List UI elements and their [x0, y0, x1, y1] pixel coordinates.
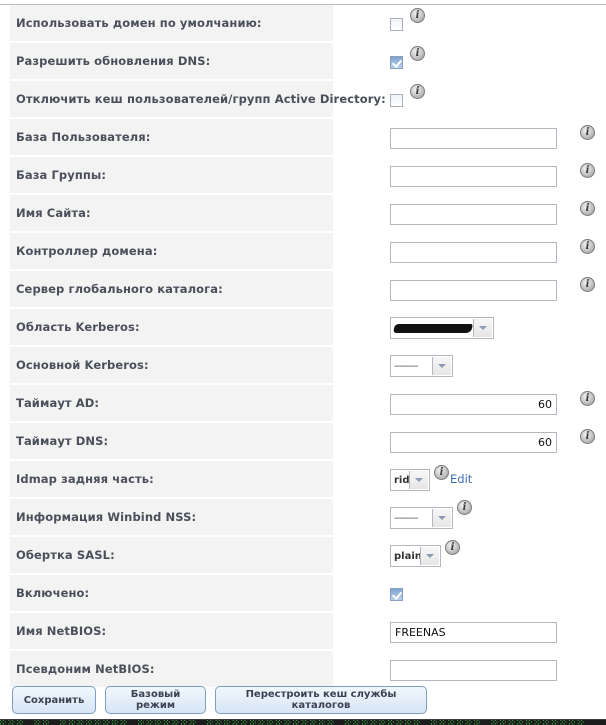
form-row: Информация Winbind NSS:---------i	[10, 499, 606, 535]
field-label: База Пользователя:	[16, 130, 150, 144]
field-control-cell	[390, 613, 606, 649]
form-row: Область Kerberos:	[10, 309, 606, 345]
field-control-cell: plaini	[390, 537, 606, 573]
field-label-cell: Основной Kerberos:	[10, 347, 333, 383]
field-control-cell: ---------i	[390, 499, 606, 535]
form-row: Таймаут AD:i	[10, 385, 606, 421]
info-icon[interactable]: i	[457, 500, 472, 515]
field-label: Использовать домен по умолчанию:	[16, 16, 262, 30]
info-icon[interactable]: i	[410, 84, 425, 99]
form-row: Имя Сайта:i	[10, 195, 606, 231]
form-actions: Сохранить Базовый режим Перестроить кеш …	[12, 686, 427, 714]
field-control-cell: ridiEdit	[390, 461, 606, 497]
field-control-cell: i	[390, 43, 606, 79]
info-icon[interactable]: i	[580, 239, 595, 254]
form-row: Основной Kerberos:---------	[10, 347, 606, 383]
form-row: Разрешить обновления DNS:i	[10, 43, 606, 79]
basic-mode-button[interactable]: Базовый режим	[105, 686, 206, 714]
chevron-down-icon[interactable]	[409, 471, 428, 489]
form-row: Включено:	[10, 575, 606, 611]
select-dropdown[interactable]: plain	[390, 545, 441, 567]
select-dropdown[interactable]	[390, 317, 494, 339]
field-label-cell: Имя Сайта:	[10, 195, 333, 231]
field-label: Idmap задняя часть:	[16, 472, 154, 486]
form-row: Idmap задняя часть:ridiEdit	[10, 461, 606, 497]
info-icon[interactable]: i	[434, 465, 449, 480]
text-input[interactable]	[390, 280, 557, 301]
field-control-cell: i	[390, 385, 606, 421]
field-control-cell	[390, 651, 606, 687]
form-row: Использовать домен по умолчанию:i	[10, 5, 606, 41]
form-row: Отключить кеш пользователей/групп Active…	[10, 81, 606, 117]
field-label: Таймаут DNS:	[16, 434, 108, 448]
console-log-text: ░░░ ░░ ░░░░░░░░ ░░░░░░░ ░░░░░░░░░░░░░░░ …	[0, 721, 606, 725]
info-icon[interactable]: i	[580, 163, 595, 178]
text-input[interactable]	[390, 622, 557, 643]
field-control-cell: i	[390, 5, 606, 41]
field-label-cell: База Группы:	[10, 157, 333, 193]
chevron-down-icon[interactable]	[473, 319, 492, 337]
field-control-cell: ---------	[390, 347, 606, 383]
field-label-cell: Информация Winbind NSS:	[10, 499, 333, 535]
field-control-cell: i	[390, 271, 606, 307]
form-row: База Группы:i	[10, 157, 606, 193]
field-label-cell: Имя NetBIOS:	[10, 613, 333, 649]
field-control-cell: i	[390, 233, 606, 269]
info-icon[interactable]: i	[580, 391, 595, 406]
field-label-cell: Контроллер домена:	[10, 233, 333, 269]
redacted-value	[393, 324, 473, 333]
number-input[interactable]	[390, 394, 557, 415]
select-value: ---------	[391, 356, 432, 376]
text-input[interactable]	[390, 660, 557, 681]
field-label-cell: Отключить кеш пользователей/групп Active…	[10, 81, 333, 117]
field-label: Область Kerberos:	[16, 320, 140, 334]
directory-service-settings-page: Использовать домен по умолчанию:iРазреши…	[0, 0, 606, 725]
field-label: Основной Kerberos:	[16, 358, 149, 372]
checkbox[interactable]	[390, 588, 403, 601]
field-control-cell: i	[390, 81, 606, 117]
chevron-down-icon[interactable]	[432, 509, 451, 527]
field-control-cell: i	[390, 195, 606, 231]
active-directory-form: Использовать домен по умолчанию:iРазреши…	[10, 5, 606, 689]
form-row: Псевдоним NetBIOS:	[10, 651, 606, 687]
info-icon[interactable]: i	[445, 540, 460, 555]
checkbox[interactable]	[390, 94, 403, 107]
field-label: База Группы:	[16, 168, 106, 182]
field-label-cell: Область Kerberos:	[10, 309, 333, 345]
number-input[interactable]	[390, 432, 557, 453]
form-row: База Пользователя:i	[10, 119, 606, 155]
field-label-cell: Таймаут AD:	[10, 385, 333, 421]
field-label-cell: Включено:	[10, 575, 333, 611]
field-label-cell: Обертка SASL:	[10, 537, 333, 573]
field-label: Псевдоним NetBIOS:	[16, 662, 155, 676]
field-label-cell: Сервер глобального каталога:	[10, 271, 333, 307]
select-value: rid	[391, 470, 409, 490]
checkbox[interactable]	[390, 56, 403, 69]
select-dropdown[interactable]: ---------	[390, 355, 453, 377]
text-input[interactable]	[390, 128, 557, 149]
form-row: Сервер глобального каталога:i	[10, 271, 606, 307]
field-label-cell: Псевдоним NetBIOS:	[10, 651, 333, 687]
field-control-cell	[390, 575, 606, 611]
select-value: ---------	[391, 508, 432, 528]
field-label-cell: База Пользователя:	[10, 119, 333, 155]
field-label: Включено:	[16, 586, 89, 600]
field-label: Имя Сайта:	[16, 206, 91, 220]
chevron-down-icon[interactable]	[420, 547, 439, 565]
form-row: Таймаут DNS:i	[10, 423, 606, 459]
field-control-cell: i	[390, 157, 606, 193]
field-label: Имя NetBIOS:	[16, 624, 106, 638]
info-icon[interactable]: i	[580, 277, 595, 292]
chevron-down-icon[interactable]	[432, 357, 451, 375]
field-label: Разрешить обновления DNS:	[16, 54, 210, 68]
console-log-strip: ░░░ ░░ ░░░░░░░░ ░░░░░░░ ░░░░░░░░░░░░░░░ …	[0, 719, 606, 725]
info-icon[interactable]: i	[410, 8, 425, 23]
select-dropdown[interactable]: rid	[390, 469, 430, 491]
field-label: Контроллер домена:	[16, 244, 157, 258]
field-control-cell: i	[390, 119, 606, 155]
field-label: Информация Winbind NSS:	[16, 510, 196, 524]
select-value	[391, 318, 473, 338]
info-icon[interactable]: i	[410, 46, 425, 61]
select-value: plain	[391, 546, 420, 566]
field-label: Обертка SASL:	[16, 548, 115, 562]
info-icon[interactable]: i	[580, 201, 595, 216]
select-dropdown[interactable]: ---------	[390, 507, 453, 529]
text-input[interactable]	[390, 166, 557, 187]
rebuild-directory-cache-button[interactable]: Перестроить кеш службы каталогов	[215, 686, 427, 714]
text-input[interactable]	[390, 242, 557, 263]
idmap-edit-link[interactable]: Edit	[450, 472, 472, 486]
field-control-cell	[390, 309, 606, 345]
text-input[interactable]	[390, 204, 557, 225]
field-label-cell: Использовать домен по умолчанию:	[10, 5, 333, 41]
field-label-cell: Таймаут DNS:	[10, 423, 333, 459]
field-label-cell: Разрешить обновления DNS:	[10, 43, 333, 79]
form-row: Обертка SASL:plaini	[10, 537, 606, 573]
field-label: Таймаут AD:	[16, 396, 99, 410]
field-label: Отключить кеш пользователей/групп Active…	[16, 92, 386, 106]
field-label: Сервер глобального каталога:	[16, 282, 223, 296]
field-control-cell: i	[390, 423, 606, 459]
info-icon[interactable]: i	[580, 429, 595, 444]
form-row: Контроллер домена:i	[10, 233, 606, 269]
checkbox[interactable]	[390, 18, 403, 31]
save-button[interactable]: Сохранить	[12, 686, 96, 714]
form-row: Имя NetBIOS:	[10, 613, 606, 649]
info-icon[interactable]: i	[580, 125, 595, 140]
field-label-cell: Idmap задняя часть:	[10, 461, 333, 497]
